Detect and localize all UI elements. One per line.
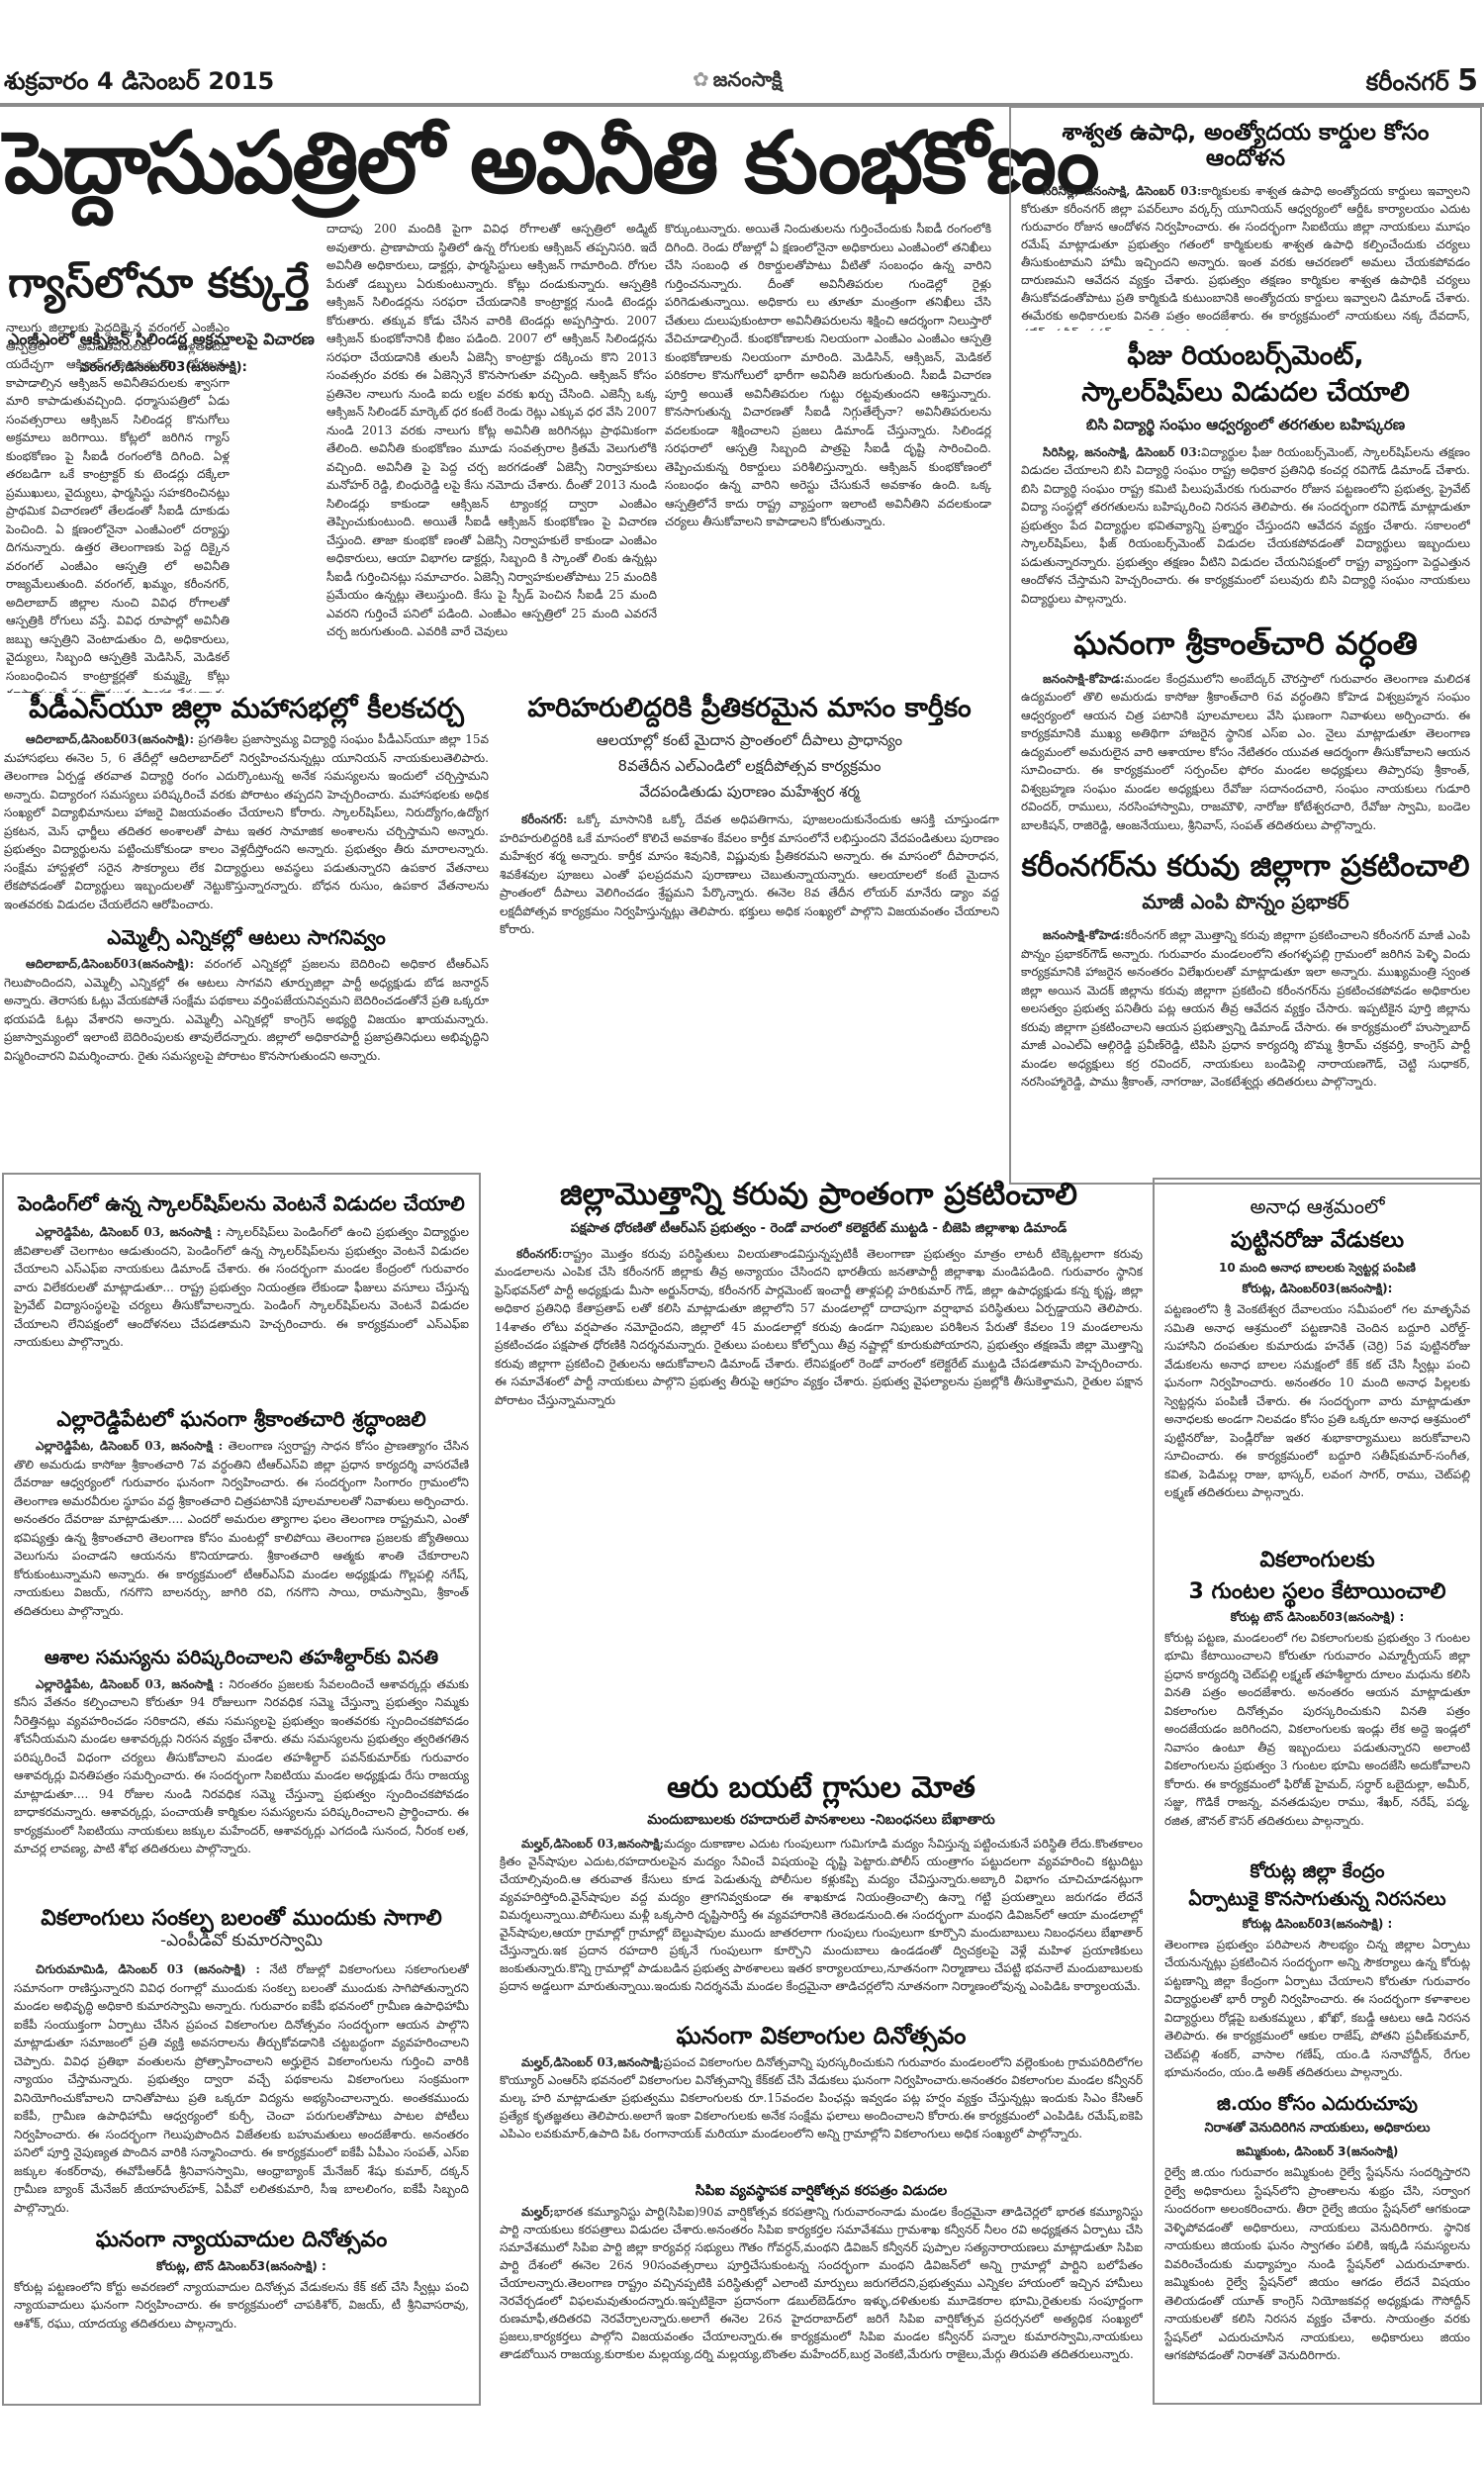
article-subhead-3: వేదపండితుడు పురాణం మహేశ్వర శర్మ [500,783,999,805]
logo-text: జనంసాక్షి [713,67,783,91]
lead-kicker: గ్యాస్‌లోనూ కక్కుర్తే [8,262,320,304]
article-body: కరీంనగర్: ఒక్కో మాసానికి ఒక్కో దేవత అధిప… [500,810,999,1112]
article-headline-2: పుట్టినరోజు వేడుకలు [1164,1228,1470,1253]
logo-leaf-icon: ✿ [693,67,709,91]
article-headline: ఘనంగా న్యాయవాదుల దినోత్సవం [14,2228,469,2252]
article-body: సిరిసిల్ల, జనంసాక్షి, డిసెంబర్ 03:కార్మి… [1021,182,1470,331]
article-body: కోరుట్ల పట్టణ, మండలంలో గల వికలాంగులకు ప్… [1164,1629,1470,1852]
issue-date: శుక్రవారం 4 డిసెంబర్ 2015 [4,67,274,101]
article-body: ఎల్లారెడ్డిపేట, డిసెంబర్ 03, జనంసాక్షి :… [14,1437,469,1640]
article-body: పట్టణంలోని శ్రీ వెంకటేశ్వర దేవాలయం సమీపం… [1164,1300,1470,1538]
article-headline: కరీంనగర్‌ను కరువు జిల్లాగా ప్రకటించాలి [1021,850,1470,885]
edition-page: కరీంనగర్ 5 [1366,63,1478,102]
article-headline: ఆరు బయటే గ్లాసుల మోత [500,1771,1143,1806]
article-subhead-2: 8వతేదీన ఎల్‌ఎండిలో లక్షదీపోత్సవ కార్యక్ర… [500,757,999,779]
article-body: కరీంనగర్:రాష్ట్రం మొత్తం కరువు పరిస్థితు… [495,1245,1143,1794]
article-body: సిరిసిల్ల, జనంసాక్షి, డిసెంబర్ 03:విద్యా… [1021,443,1470,612]
article-headline: ఎల్లారెడ్డిపేటలో ఘనంగా శ్రీకాంతచారి శ్రద… [14,1407,469,1431]
liquor-article: ఆరు బయటే గ్లాసుల మోత మందుబాబులకు రహదారుల… [500,1771,1143,2401]
article-headline: పెండింగ్‌లో ఉన్న స్కాలర్‌షిప్‌లను వెంటనే… [14,1192,469,1215]
article-headline-2: స్కాలర్‌షిప్‌లు విడుదల చేయాలి [1021,377,1470,408]
article-subhead: నిరాశతో వెనుదిరిగిన నాయకులు, అధికారులు [1164,2121,1470,2139]
article-headline-2: 3 గుంటల స్థలం కేటాయించాలి [1164,1579,1470,1604]
right-top-box: శాశ్వత ఉపాధి, అంత్యోదయ కార్డుల కోసం ఆందో… [1009,106,1482,1185]
article-subhead: 10 మంది అనాధ బాలలకు స్వెట్టర్ల పంపిణి [1164,1261,1470,1278]
article-subhead: -ఎంపీడీవో కుమారస్వామి [14,1931,469,1954]
article-body: ఆదిలాబాద్,డిసెంబర్03(జనంసాక్షి): వరంగల్ … [4,955,489,1143]
article-headline: కోరుట్ల జిల్లా కేంద్రం [1164,1861,1470,1883]
article-headline: ఘనంగా శ్రీకాంత్‌చారి వర్ధంతి [1021,625,1470,662]
edition-name: కరీంనగర్ [1366,68,1449,96]
article-headline: శాశ్వత ఉపాధి, అంత్యోదయ కార్డుల కోసం ఆందో… [1021,120,1470,172]
article-subhead: బిసి విద్యార్థి సంఘం ఆధ్వర్యంలో తరగతుల బ… [1021,416,1470,437]
article-body: మల్హర్;భారత కమ్యూనిస్టు పార్టి(సిపిఐ)90వ… [500,2203,1143,2401]
article-headline: ఆశాల సమస్యను పరిష్కరించాలని తహశీల్దార్‌క… [14,1648,469,1669]
article-dateline: కోరుట్ల డిసెంబర్03(జనంసాక్షి) : [1164,1917,1470,1934]
lead-col-2: దాదాపు 200 మందికి పైగా వివిధ రోగాలతో ఆస్… [326,220,657,693]
article-headline: వికలాంగులకు [1164,1548,1470,1572]
article-headline: ఘనంగా వికలాంగుల దినోత్సవం [500,2023,1143,2050]
masthead: శుక్రవారం 4 డిసెంబర్ 2015 ✿జనంసాక్షి కరీ… [0,61,1484,101]
article-headline: ఎమ్మెల్సీ ఎన్నికల్లో ఆటలు సాగనివ్వం [4,926,489,949]
article-body: ఆదిలాబాద్,డిసెంబర్03(జనంసాక్షి): ప్రగతిశ… [4,730,489,914]
article-headline: సిపిఐ వ్యవస్థాపక వార్షికోత్సవ కరపత్రం వి… [500,2183,1143,2199]
article-body: జనంసాక్షి-కోహెడ:కరీంనగర్ జిల్లా మొత్తాన్… [1021,926,1470,1124]
article-subhead: పక్షపాత ధోరణితో టీఆర్‌ఎస్ ప్రభుత్వం - రె… [495,1221,1143,1239]
page-number: 5 [1457,63,1478,98]
article-headline: అనాధ ఆశ్రమంలో [1164,1195,1470,1218]
article-dateline: కోరుట్ల, టౌన్ డిసెంబర్3(జనంసాక్షి) : [14,2259,469,2276]
article-body: మల్హర్,డిసెంబర్ 03,జనంసాక్షి;మద్యం దుకాణ… [500,1835,1143,2013]
article-dateline: కోరుట్ల టౌన్ డిసెంబర్03(జనంసాక్షి) : [1164,1610,1470,1627]
article-headline-2: ఏర్పాటుకై కొనసాగుతున్న నిరసనలు [1164,1889,1470,1911]
article-subhead: మాజీ ఎంపి పొన్నం ప్రభాకర్ [1021,890,1470,918]
article-body: ఎల్లారెడ్డిపేట, డిసెంబర్ 03, జనంసాక్షి :… [14,1675,469,1898]
article-body: చిగురుమామిడి, డిసెంబర్ 03 (జనంసాక్షి) : … [14,1960,469,2220]
article-body: రైల్వే జి.యం గురువారం జమ్మికుంట రైల్వే స… [1164,2163,1470,2401]
mlc-article: ఎమ్మెల్సీ ఎన్నికల్లో ఆటలు సాగనివ్వం ఆదిల… [4,926,489,1143]
article-dateline: కోరుట్ల, డిసెంబర్03(జనంసాక్షి): [1164,1282,1470,1298]
newspaper-logo: ✿జనంసాక్షి [693,67,783,96]
article-headline: జిల్లామొత్తాన్ని కరువు ప్రాంతంగా ప్రకటిం… [495,1178,1143,1213]
lead-col-1: నాలుగు జిల్లాలకు పెద్దదిక్కైన వరంగల్ ఎంజ… [6,319,230,693]
right-lower-box: అనాధ ఆశ్రమంలో పుట్టినరోజు వేడుకలు 10 మంద… [1153,1178,1482,2405]
district-drought-article: జిల్లామొత్తాన్ని కరువు ప్రాంతంగా ప్రకటిం… [495,1178,1143,1794]
article-body: కోరుట్ల పట్టణంలోని కోర్టు అవరణలో న్యాయవా… [14,2278,469,2337]
article-headline: వికలాంగులు సంకల్ప బలంతో ముందుకు సాగాలి [14,1906,469,1931]
lower-left-box: పెండింగ్‌లో ఉన్న స్కాలర్‌షిప్‌లను వెంటనే… [2,1173,481,2406]
lead-col-3: కొర్కుంటున్నారు. అయితే నిందుతులను గుర్తి… [665,220,991,693]
pdsu-article: పీడీఎస్‌యూ జిల్లా మహాసభల్లో కీలకచర్చ ఆది… [4,693,489,914]
article-body: తెలంగాణ ప్రభుత్వం పరిపాలన సౌలభ్యం చిన్న … [1164,1936,1470,2084]
article-headline: ఫీజు రియంబర్స్‌మెంట్, [1021,340,1470,371]
article-dateline: జమ్మికుంట, డిసెంబర్ 3(జనంసాక్షి) [1164,2144,1470,2161]
article-subhead-1: ఆలయాల్లో కంటే మైదాన ప్రాంతంలో దీపాలు ప్ర… [500,731,999,753]
harihara-article: హరిహరులిద్దరికి ప్రీతికరమైన మాసం కార్తీక… [500,693,999,1112]
article-body: ఎల్లారెడ్డిపేట, డిసెంబర్ 03, జనంసాక్షి :… [14,1223,469,1391]
lead-headline: పెద్దాసుపత్రిలో అవినీతి కుంభకోణం [4,121,993,206]
article-headline: హరిహరులిద్దరికి ప్రీతికరమైన మాసం కార్తీక… [500,693,999,723]
article-body: మల్హర్,డిసెంబర్ 03,జనంసాక్షి;ప్రపంచ వికల… [500,2053,1143,2177]
article-subhead: మందుబాబులకు రహదారులే పానశాలలు -నిబంధనలు … [500,1812,1143,1831]
article-headline: జి.యం కోసం ఎదురుచూపు [1164,2094,1470,2116]
article-body: జనంసాక్షి-కోహెడ:మండల కేంద్రములోని అంబేద్… [1021,670,1470,838]
article-headline: పీడీఎస్‌యూ జిల్లా మహాసభల్లో కీలకచర్చ [4,693,489,724]
